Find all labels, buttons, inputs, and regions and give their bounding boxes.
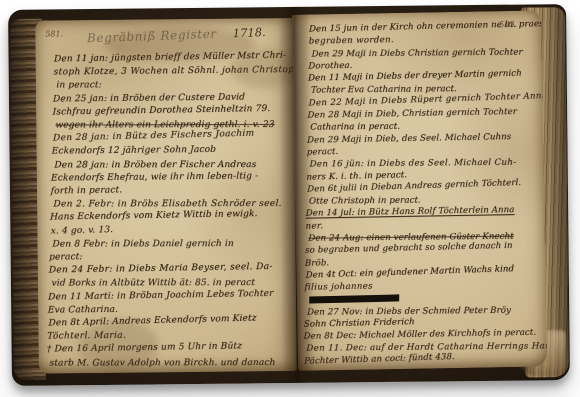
manuscript-line: Eckendorfs 12 jähriger Sohn Jacob — [51, 143, 294, 159]
register-title: Begräbniß Register — [87, 27, 217, 46]
photo-of-open-manuscript-book: 581. Begräbniß Register 1718. Den 11 jan… — [0, 0, 580, 397]
manuscript-line: Den 29 Maji in Diebs Christian gernich T… — [311, 46, 544, 61]
right-page: 583. Den 15 jun in der Kirch ohn ceremon… — [292, 10, 547, 370]
manuscript-line: Den 24 Febr: in Diebs Maria Beyser, seel… — [49, 261, 292, 278]
manuscript-line: Den 28 jan: in Bröben der Fischer Andrea… — [54, 158, 294, 172]
manuscript-line: † Den 16 April morgens um 5 Uhr in Bütz — [47, 340, 290, 357]
manuscript-line: Den 8 Febr: in Diebs Daniel gernich in — [52, 238, 292, 252]
right-page-lines: Den 15 jun in der Kirch ohn ceremonien n… — [303, 19, 545, 367]
left-page-lines: Den 11 jan: jüngsten brieff des Müller M… — [46, 51, 297, 371]
manuscript-line: stoph Klotze, 3 Wochen alt Söhnl. johan … — [53, 64, 296, 80]
manuscript-line: starb M. Gustav Adolph von Birckh. und d… — [49, 357, 289, 371]
manuscript-line: Otte Christoph in peract. — [309, 193, 542, 208]
left-page: 581. Begräbniß Register 1718. Den 11 jan… — [35, 18, 297, 374]
manuscript-header: Begräbniß Register 1718. — [65, 24, 287, 46]
manuscript-line: forth in peract. — [51, 181, 294, 198]
center-gutter-shadow — [278, 7, 314, 383]
manuscript-line: in peract: — [56, 79, 296, 93]
left-page-number: 581. — [45, 29, 63, 38]
register-year: 1718. — [232, 25, 265, 40]
book: 581. Begräbniß Register 1718. Den 11 jan… — [8, 4, 570, 386]
